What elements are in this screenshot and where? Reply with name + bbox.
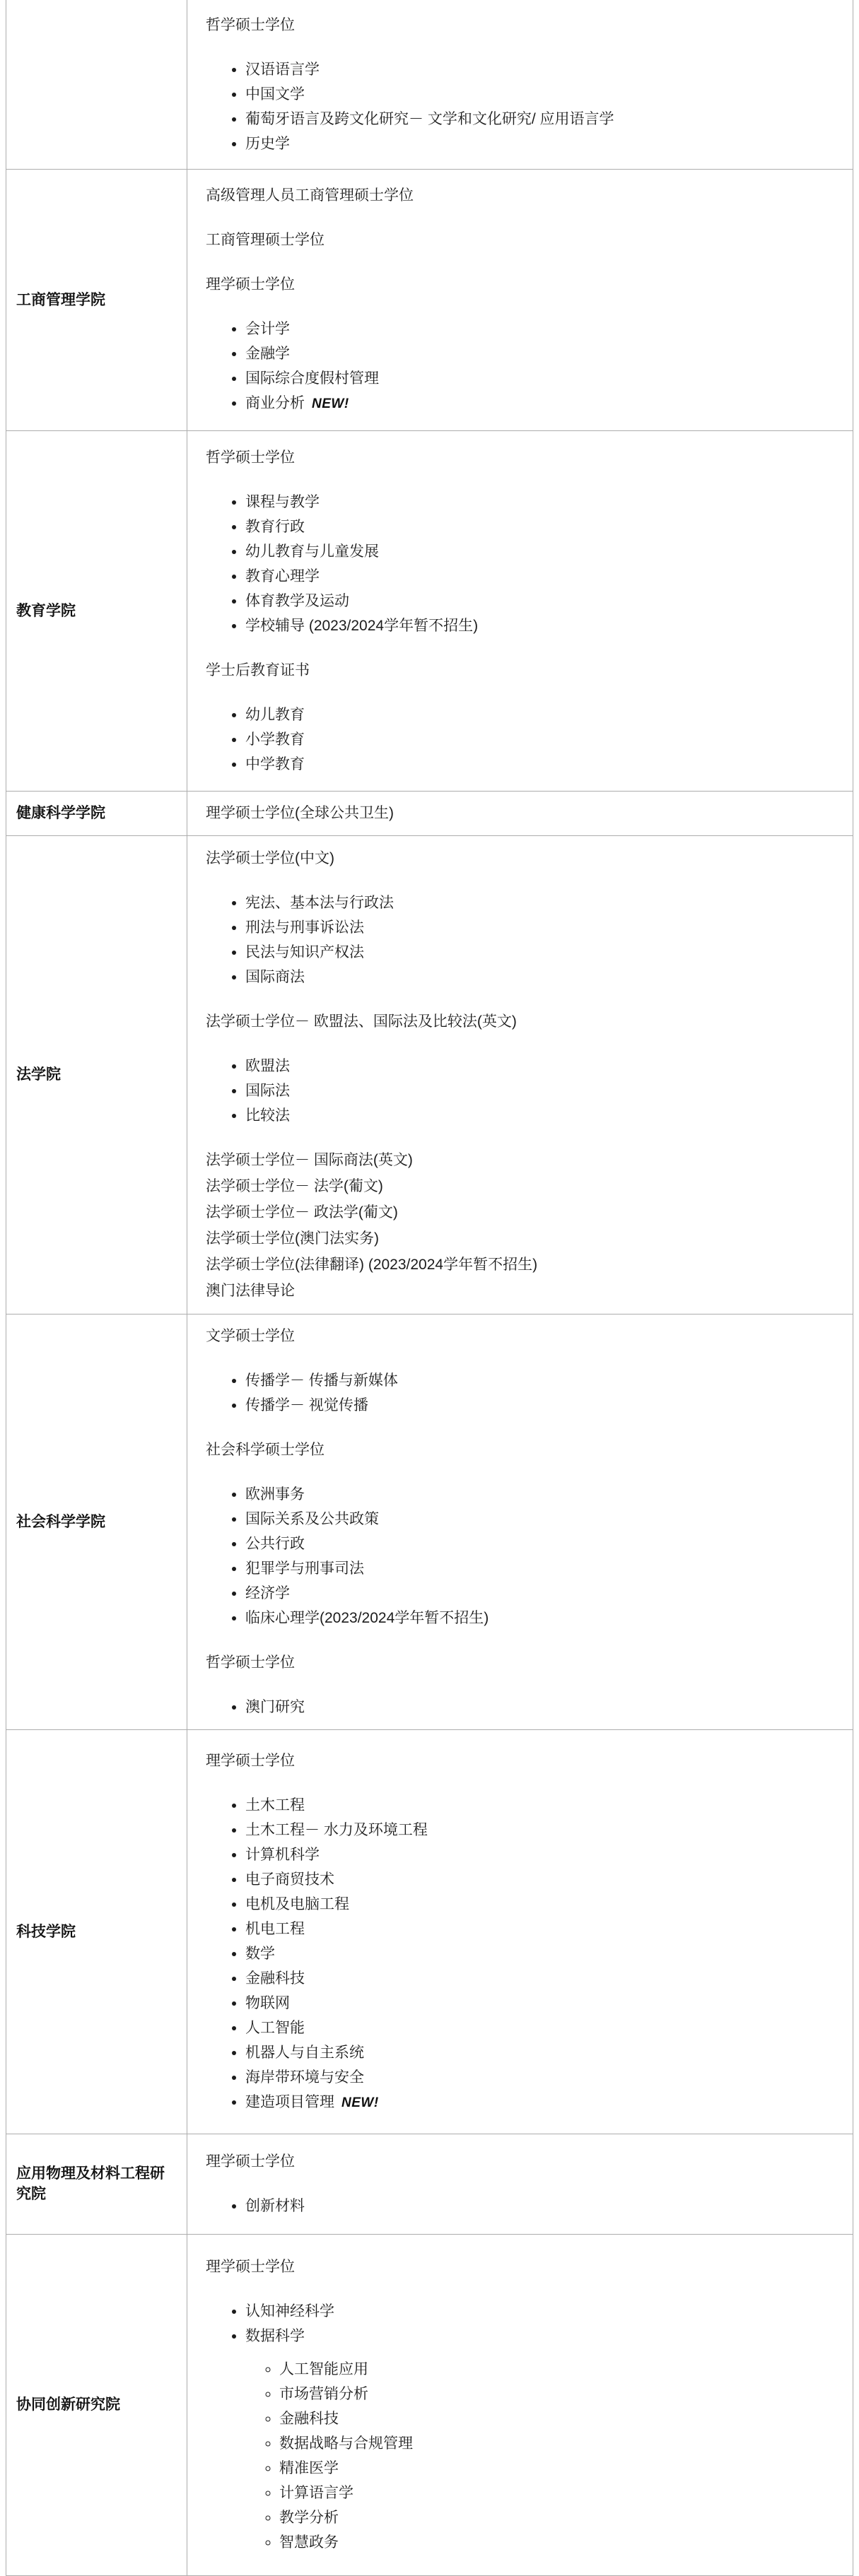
- program-item-label: 教学分析: [279, 2510, 339, 2526]
- program-item-label: 金融学: [245, 346, 290, 362]
- programs-cell: 哲学硕士学位汉语语言学中国文学葡萄牙语言及跨文化研究－ 文学和文化研究/ 应用语…: [187, 0, 853, 169]
- program-item: 建造项目管理NEW!: [245, 2093, 836, 2112]
- program-item-label: 课程与教学: [245, 494, 320, 510]
- specialization-item: 精准医学: [279, 2459, 836, 2478]
- degree-title: 哲学硕士学位: [206, 448, 836, 467]
- program-item-label: 精准医学: [279, 2460, 339, 2476]
- table-row: 哲学硕士学位汉语语言学中国文学葡萄牙语言及跨文化研究－ 文学和文化研究/ 应用语…: [6, 0, 853, 169]
- program-item-label: 刑法与刑事诉讼法: [245, 919, 364, 936]
- program-item-label: 历史学: [245, 136, 290, 152]
- program-item: 国际综合度假村管理: [245, 369, 836, 388]
- program-item-label: 体育教学及运动: [245, 593, 349, 609]
- program-item: 经济学: [245, 1584, 836, 1603]
- specialization-item: 市场营销分析: [279, 2384, 836, 2404]
- program-item: 民法与知识产权法: [245, 943, 836, 962]
- program-item-label: 数据战略与合规管理: [279, 2435, 413, 2452]
- program-item-label: 金融科技: [245, 1970, 305, 1987]
- program-item: 机电工程: [245, 1919, 836, 1939]
- program-item-label: 比较法: [245, 1107, 290, 1124]
- program-item: 中学教育: [245, 755, 836, 774]
- college-cell: 协同创新研究院: [6, 2234, 187, 2575]
- program-item: 国际法: [245, 1081, 836, 1100]
- program-item-label: 中国文学: [245, 86, 305, 102]
- degree-line-group: 法学硕士学位－ 国际商法(英文)法学硕士学位－ 法学(葡文)法学硕士学位－ 政法…: [206, 1151, 836, 1300]
- college-name: 应用物理及材料工程研究院: [16, 2163, 178, 2204]
- program-item: 金融科技: [245, 1969, 836, 1988]
- specialization-item: 智慧政务: [279, 2533, 836, 2552]
- degree-title: 理学硕士学位: [206, 275, 836, 294]
- program-item: 教育行政: [245, 517, 836, 536]
- program-item: 土木工程－ 水力及环境工程: [245, 1821, 836, 1840]
- program-item: 人工智能: [245, 2018, 836, 2037]
- degree-title: 哲学硕士学位: [206, 1653, 836, 1672]
- program-item-label: 计算机科学: [245, 1847, 320, 1863]
- program-item: 刑法与刑事诉讼法: [245, 918, 836, 937]
- program-item-label: 数据科学: [245, 2328, 305, 2344]
- program-item-label: 电子商贸技术: [245, 1871, 334, 1888]
- programs-cell: 哲学硕士学位课程与教学教育行政幼儿教育与儿童发展教育心理学体育教学及运动学校辅导…: [187, 430, 853, 791]
- college-cell: 科技学院: [6, 1729, 187, 2134]
- program-item: 土木工程: [245, 1796, 836, 1815]
- program-item: 中国文学: [245, 85, 836, 104]
- table-row: 科技学院理学硕士学位土木工程土木工程－ 水力及环境工程计算机科学电子商贸技术电机…: [6, 1729, 853, 2134]
- program-item: 小学教育: [245, 730, 836, 749]
- program-item: 数学: [245, 1944, 836, 1963]
- program-list: 澳门研究: [206, 1698, 836, 1717]
- specialization-item: 金融科技: [279, 2409, 836, 2428]
- degree-title: 法学硕士学位(中文): [206, 849, 836, 868]
- program-list: 会计学金融学国际综合度假村管理商业分析NEW!: [206, 319, 836, 413]
- program-item: 会计学: [245, 319, 836, 339]
- degree-line: 法学硕士学位－ 政法学(葡文): [206, 1203, 836, 1222]
- degree-line: 澳门法律导论: [206, 1281, 836, 1300]
- program-item-label: 智慧政务: [279, 2534, 339, 2551]
- program-item: 商业分析NEW!: [245, 394, 836, 413]
- college-name: 法学院: [16, 1064, 178, 1085]
- program-item-label: 澳门研究: [245, 1699, 305, 1715]
- specialization-item: 数据战略与合规管理: [279, 2434, 836, 2453]
- program-list: 欧洲事务国际关系及公共政策公共行政犯罪学与刑事司法经济学临床心理学(2023/2…: [206, 1485, 836, 1628]
- program-item-label: 创新材料: [245, 2198, 305, 2214]
- program-item: 临床心理学(2023/2024学年暂不招生): [245, 1608, 836, 1628]
- program-item-label: 宪法、基本法与行政法: [245, 895, 394, 911]
- degree-title: 文学硕士学位: [206, 1327, 836, 1346]
- program-list: 创新材料: [206, 2196, 836, 2216]
- program-item-label: 教育行政: [245, 519, 305, 535]
- program-item-label: 国际关系及公共政策: [245, 1511, 379, 1527]
- program-item: 幼儿教育: [245, 705, 836, 724]
- degree-title: 高级管理人员工商管理硕士学位: [206, 186, 836, 205]
- program-item-label: 认知神经科学: [245, 2303, 334, 2319]
- program-item-label: 国际综合度假村管理: [245, 370, 379, 387]
- program-item: 电机及电脑工程: [245, 1895, 836, 1914]
- program-item: 教育心理学: [245, 567, 836, 586]
- program-item-label: 海岸带环境与安全: [245, 2069, 364, 2086]
- programs-cell: 理学硕士学位创新材料: [187, 2134, 853, 2234]
- program-item: 学校辅导 (2023/2024学年暂不招生): [245, 616, 836, 635]
- programs-cell: 法学硕士学位(中文)宪法、基本法与行政法刑法与刑事诉讼法民法与知识产权法国际商法…: [187, 835, 853, 1314]
- degree-line: 法学硕士学位(澳门法实务): [206, 1229, 836, 1248]
- program-item-label: 汉语语言学: [245, 61, 320, 78]
- specialization-item: 教学分析: [279, 2508, 836, 2527]
- programs-cell: 高级管理人员工商管理硕士学位工商管理硕士学位理学硕士学位会计学金融学国际综合度假…: [187, 169, 853, 430]
- program-list: 宪法、基本法与行政法刑法与刑事诉讼法民法与知识产权法国际商法: [206, 893, 836, 987]
- degree-title: 理学硕士学位: [206, 1751, 836, 1770]
- degree-line: 法学硕士学位(法律翻译) (2023/2024学年暂不招生): [206, 1255, 836, 1274]
- program-item: 汉语语言学: [245, 60, 836, 79]
- program-item: 宪法、基本法与行政法: [245, 893, 836, 912]
- program-item: 认知神经科学: [245, 2302, 836, 2321]
- program-item: 国际商法: [245, 968, 836, 987]
- table-row: 法学院法学硕士学位(中文)宪法、基本法与行政法刑法与刑事诉讼法民法与知识产权法国…: [6, 835, 853, 1314]
- program-item-label: 会计学: [245, 321, 290, 337]
- program-item-label: 欧盟法: [245, 1058, 290, 1074]
- program-list: 传播学－ 传播与新媒体传播学－ 视觉传播: [206, 1371, 836, 1415]
- table-row: 教育学院哲学硕士学位课程与教学教育行政幼儿教育与儿童发展教育心理学体育教学及运动…: [6, 430, 853, 791]
- college-cell: 健康科学学院: [6, 791, 187, 835]
- program-item-label: 临床心理学(2023/2024学年暂不招生): [245, 1610, 489, 1626]
- program-item: 犯罪学与刑事司法: [245, 1559, 836, 1578]
- degree-title: 法学硕士学位－ 欧盟法、国际法及比较法(英文): [206, 1012, 836, 1031]
- program-item: 葡萄牙语言及跨文化研究－ 文学和文化研究/ 应用语言学: [245, 110, 836, 129]
- program-item-label: 教育心理学: [245, 568, 320, 584]
- degree-title: 学士后教育证书: [206, 661, 836, 680]
- degree-line: 法学硕士学位－ 法学(葡文): [206, 1177, 836, 1196]
- program-item-label: 物联网: [245, 1995, 290, 2011]
- program-item-label: 计算语言学: [279, 2485, 353, 2501]
- program-item: 欧洲事务: [245, 1485, 836, 1504]
- program-item: 海岸带环境与安全: [245, 2068, 836, 2087]
- program-list: 幼儿教育小学教育中学教育: [206, 705, 836, 774]
- college-cell: 应用物理及材料工程研究院: [6, 2134, 187, 2234]
- program-list: 课程与教学教育行政幼儿教育与儿童发展教育心理学体育教学及运动学校辅导 (2023…: [206, 493, 836, 635]
- program-item-label: 葡萄牙语言及跨文化研究－ 文学和文化研究/ 应用语言学: [245, 111, 614, 127]
- program-list: 汉语语言学中国文学葡萄牙语言及跨文化研究－ 文学和文化研究/ 应用语言学历史学: [206, 60, 836, 153]
- specialization-list: 人工智能应用市场营销分析金融科技数据战略与合规管理精准医学计算语言学教学分析智慧…: [245, 2360, 836, 2552]
- program-item: 比较法: [245, 1106, 836, 1125]
- program-item-label: 人工智能应用: [279, 2361, 368, 2377]
- program-item-label: 公共行政: [245, 1536, 305, 1552]
- program-item-label: 经济学: [245, 1585, 290, 1601]
- table-row: 健康科学学院理学硕士学位(全球公共卫生): [6, 791, 853, 835]
- college-cell: 法学院: [6, 835, 187, 1314]
- program-item-label: 传播学－ 视觉传播: [245, 1397, 368, 1413]
- new-badge: NEW!: [312, 396, 349, 411]
- program-item: 幼儿教育与儿童发展: [245, 542, 836, 561]
- programs-cell: 理学硕士学位认知神经科学数据科学人工智能应用市场营销分析金融科技数据战略与合规管…: [187, 2234, 853, 2575]
- program-item: 电子商贸技术: [245, 1870, 836, 1889]
- program-item: 金融学: [245, 344, 836, 363]
- specialization-item: 计算语言学: [279, 2483, 836, 2503]
- program-item: 数据科学人工智能应用市场营销分析金融科技数据战略与合规管理精准医学计算语言学教学…: [245, 2327, 836, 2552]
- program-item-label: 民法与知识产权法: [245, 944, 364, 960]
- table-row: 工商管理学院高级管理人员工商管理硕士学位工商管理硕士学位理学硕士学位会计学金融学…: [6, 169, 853, 430]
- program-item-label: 犯罪学与刑事司法: [245, 1560, 364, 1577]
- program-item: 机器人与自主系统: [245, 2043, 836, 2062]
- program-item-label: 传播学－ 传播与新媒体: [245, 1372, 398, 1389]
- program-item-label: 电机及电脑工程: [245, 1896, 349, 1912]
- table-row: 社会科学学院文学硕士学位传播学－ 传播与新媒体传播学－ 视觉传播社会科学硕士学位…: [6, 1314, 853, 1729]
- program-item-label: 机器人与自主系统: [245, 2045, 364, 2061]
- college-name: 健康科学学院: [16, 803, 178, 823]
- program-item-label: 国际商法: [245, 969, 305, 985]
- program-list: 欧盟法国际法比较法: [206, 1057, 836, 1125]
- program-item: 历史学: [245, 134, 836, 153]
- college-cell: 社会科学学院: [6, 1314, 187, 1729]
- college-name: 教育学院: [16, 601, 178, 621]
- program-item: 澳门研究: [245, 1698, 836, 1717]
- program-item: 物联网: [245, 1994, 836, 2013]
- programs-cell: 文学硕士学位传播学－ 传播与新媒体传播学－ 视觉传播社会科学硕士学位欧洲事务国际…: [187, 1314, 853, 1729]
- programs-cell: 理学硕士学位土木工程土木工程－ 水力及环境工程计算机科学电子商贸技术电机及电脑工…: [187, 1729, 853, 2134]
- program-item-label: 学校辅导 (2023/2024学年暂不招生): [245, 618, 478, 634]
- program-item-label: 数学: [245, 1946, 275, 1962]
- programs-cell: 理学硕士学位(全球公共卫生): [187, 791, 853, 835]
- specialization-item: 人工智能应用: [279, 2360, 836, 2379]
- college-cell: [6, 0, 187, 169]
- college-name: 社会科学学院: [16, 1512, 178, 1532]
- program-item-label: 土木工程－ 水力及环境工程: [245, 1822, 428, 1838]
- program-item-label: 商业分析: [245, 395, 305, 411]
- program-item: 传播学－ 视觉传播: [245, 1396, 836, 1415]
- college-cell: 工商管理学院: [6, 169, 187, 430]
- program-item: 课程与教学: [245, 493, 836, 512]
- degree-title: 理学硕士学位: [206, 2152, 836, 2171]
- table-row: 应用物理及材料工程研究院理学硕士学位创新材料: [6, 2134, 853, 2234]
- program-item-label: 幼儿教育与儿童发展: [245, 543, 379, 560]
- program-item-label: 市场营销分析: [279, 2386, 368, 2402]
- program-item: 公共行政: [245, 1534, 836, 1553]
- program-item-label: 土木工程: [245, 1797, 305, 1813]
- programs-table-body: 哲学硕士学位汉语语言学中国文学葡萄牙语言及跨文化研究－ 文学和文化研究/ 应用语…: [6, 0, 853, 2575]
- program-item: 体育教学及运动: [245, 592, 836, 611]
- program-item: 传播学－ 传播与新媒体: [245, 1371, 836, 1390]
- table-row: 协同创新研究院理学硕士学位认知神经科学数据科学人工智能应用市场营销分析金融科技数…: [6, 2234, 853, 2575]
- program-item-label: 机电工程: [245, 1921, 305, 1937]
- college-name: 科技学院: [16, 1922, 178, 1942]
- programs-table: 哲学硕士学位汉语语言学中国文学葡萄牙语言及跨文化研究－ 文学和文化研究/ 应用语…: [6, 0, 853, 2576]
- program-item-label: 金融科技: [279, 2411, 339, 2427]
- program-item-label: 中学教育: [245, 756, 305, 772]
- program-list: 认知神经科学数据科学人工智能应用市场营销分析金融科技数据战略与合规管理精准医学计…: [206, 2302, 836, 2552]
- program-item-label: 欧洲事务: [245, 1486, 305, 1502]
- degree-line: 法学硕士学位－ 国际商法(英文): [206, 1151, 836, 1170]
- degree-title: 工商管理硕士学位: [206, 230, 836, 249]
- program-item-label: 小学教育: [245, 731, 305, 748]
- program-list: 土木工程土木工程－ 水力及环境工程计算机科学电子商贸技术电机及电脑工程机电工程数…: [206, 1796, 836, 2112]
- program-item-label: 国际法: [245, 1083, 290, 1099]
- new-badge: NEW!: [341, 2095, 379, 2110]
- college-name: 工商管理学院: [16, 290, 178, 310]
- program-item: 欧盟法: [245, 1057, 836, 1076]
- degree-title: 理学硕士学位(全球公共卫生): [206, 804, 836, 823]
- college-name: 协同创新研究院: [16, 2394, 178, 2415]
- program-item-label: 建造项目管理: [245, 2094, 334, 2110]
- college-cell: 教育学院: [6, 430, 187, 791]
- program-item-label: 人工智能: [245, 2020, 305, 2036]
- program-item: 创新材料: [245, 2196, 836, 2216]
- program-item: 国际关系及公共政策: [245, 1510, 836, 1529]
- degree-title: 哲学硕士学位: [206, 16, 836, 35]
- degree-title: 社会科学硕士学位: [206, 1440, 836, 1459]
- program-item-label: 幼儿教育: [245, 707, 305, 723]
- program-item: 计算机科学: [245, 1845, 836, 1864]
- degree-title: 理学硕士学位: [206, 2257, 836, 2276]
